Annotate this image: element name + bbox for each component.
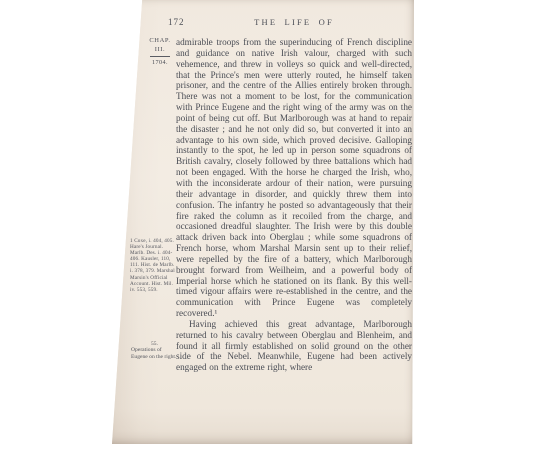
body-text: admirable troops from the superinducing … bbox=[176, 37, 412, 373]
paragraph: Having achieved this great advantage, Ma… bbox=[176, 319, 412, 373]
section-note-text: Operations of Eugene on the right. bbox=[131, 347, 176, 359]
year-label: 1704. bbox=[142, 59, 178, 68]
chapter-rule bbox=[150, 56, 170, 57]
book-page-scan: 172 THE LIFE OF CHAP. III. 1704. 1 Coxe,… bbox=[112, 0, 414, 444]
chapter-heading: CHAP. III. 1704. bbox=[142, 37, 178, 68]
chapter-label: CHAP. bbox=[142, 37, 178, 46]
section-sidenote: 55. Operations of Eugene on the right. bbox=[131, 341, 178, 360]
citation-sidenote: 1 Coxe, i. 404, 405. Hare's Journal. Mar… bbox=[130, 238, 177, 293]
running-title: THE LIFE OF bbox=[176, 17, 412, 27]
paragraph: admirable troops from the superinducing … bbox=[176, 37, 412, 319]
chapter-numeral: III. bbox=[142, 46, 178, 55]
screenshot-canvas: 172 THE LIFE OF CHAP. III. 1704. 1 Coxe,… bbox=[0, 0, 550, 450]
